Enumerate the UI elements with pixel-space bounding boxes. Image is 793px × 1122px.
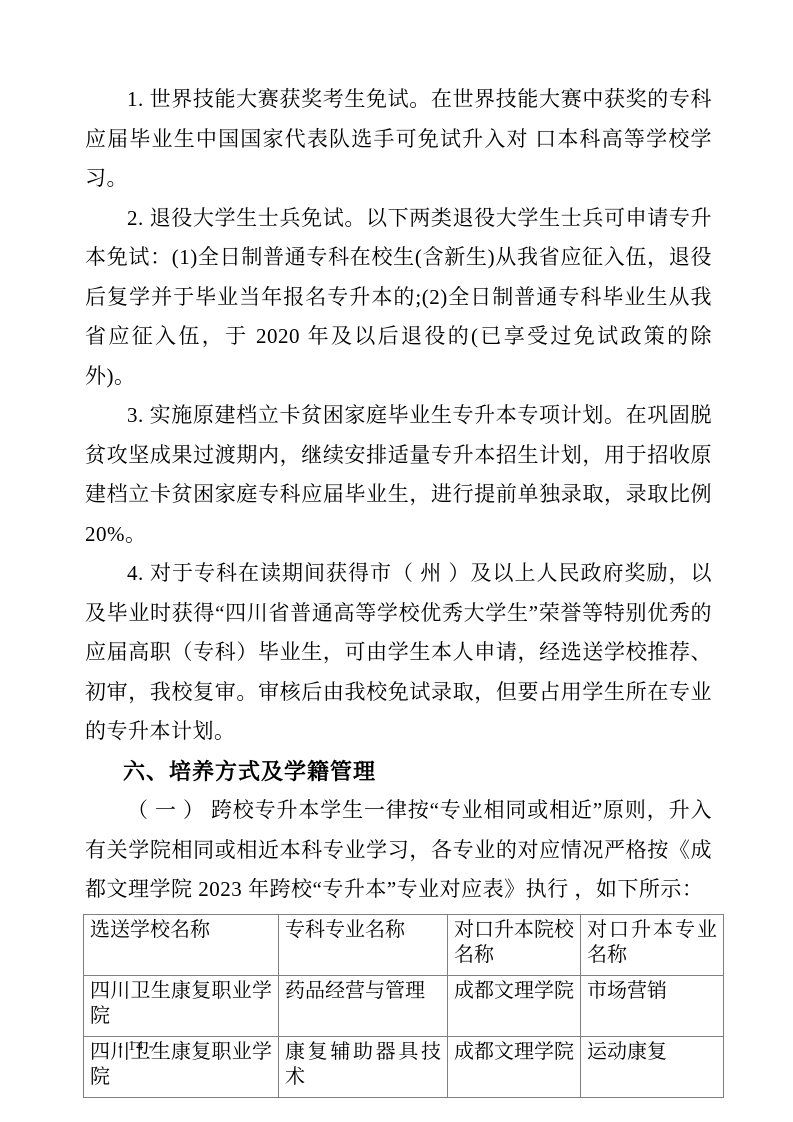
table-header-cell-target-college: 对口升本院校名称 (448, 914, 581, 975)
table-cell: 运动康复 (581, 1036, 724, 1097)
table-header-row: 选送学校名称 专科专业名称 对口升本院校名称 对口升本专业名称 (84, 914, 724, 975)
table-header-cell-major: 专科专业名称 (279, 914, 448, 975)
document-page: 1. 世界技能大赛获奖考生免试。在世界技能大赛中获奖的专科应届毕业生中国国家代表… (0, 0, 793, 1122)
table-cell: 四川卫生康复职业学院 (84, 1036, 279, 1097)
section-paragraph: （ 一 ） 跨校专升本学生一律按“专业相同或相近”原则，升入有关学院相同或相近本… (85, 791, 712, 910)
table-header-cell-school: 选送学校名称 (84, 914, 279, 975)
page-number: - 14 - (118, 1038, 154, 1056)
body-paragraph-4: 4. 对于专科在读期间获得市（ 州 ）及以上人民政府奖励，以 及毕业时获得“四川… (85, 554, 712, 752)
table-cell: 药品经营与管理 (279, 975, 448, 1036)
table-cell: 康复辅助器具技术 (279, 1036, 448, 1097)
major-correspondence-table: 选送学校名称 专科专业名称 对口升本院校名称 对口升本专业名称 四川卫生康复职业… (83, 914, 724, 1098)
body-paragraph-2: 2. 退役大学生士兵免试。以下两类退役大学生士兵可申请专升本免试：(1)全日制普… (85, 199, 712, 397)
table-header-cell-target-major: 对口升本专业名称 (581, 914, 724, 975)
table-row: 四川卫生康复职业学院 康复辅助器具技术 成都文理学院 运动康复 (84, 1036, 724, 1097)
table-cell: 四川卫生康复职业学院 (84, 975, 279, 1036)
table-cell: 成都文理学院 (448, 975, 581, 1036)
table-cell: 成都文理学院 (448, 1036, 581, 1097)
body-paragraph-1: 1. 世界技能大赛获奖考生免试。在世界技能大赛中获奖的专科应届毕业生中国国家代表… (85, 80, 712, 199)
body-paragraph-3: 3. 实施原建档立卡贫困家庭毕业生专升本专项计划。在巩固脱贫攻坚成果过渡期内，继… (85, 396, 712, 554)
table-cell: 市场营销 (581, 975, 724, 1036)
document-body: 1. 世界技能大赛获奖考生免试。在世界技能大赛中获奖的专科应届毕业生中国国家代表… (85, 80, 712, 1098)
section-heading: 六、培养方式及学籍管理 (85, 752, 712, 792)
table-row: 四川卫生康复职业学院 药品经营与管理 成都文理学院 市场营销 (84, 975, 724, 1036)
